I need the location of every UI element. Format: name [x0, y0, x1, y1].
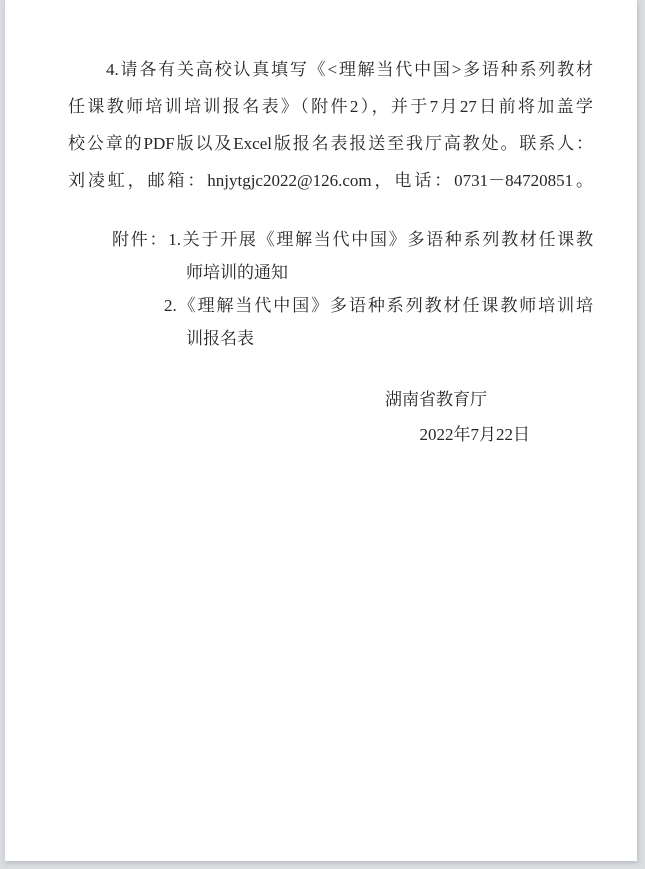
attachment-item-2-title-line-1: 《理解当代中国》多语种系列教材任课教师培训培 [177, 296, 593, 315]
attachment-item-2-title-line-2: 训报名表 [68, 322, 593, 355]
paragraph-line-1: 4.请各有关高校认真填写《<理解当代中国>多语种系列教材 [68, 51, 593, 88]
attachment-item-1-row-1: 附件：1.关于开展《理解当代中国》多语种系列教材任课教 [68, 223, 593, 256]
paragraph-line-4: 刘凌虹，邮箱：hnjytgjc2022@126.com，电话：0731－8472… [68, 162, 593, 199]
attachment-item-2-row-1: 2.《理解当代中国》多语种系列教材任课教师培训培 [68, 289, 593, 322]
attachment-item-1-title-line-2: 师培训的通知 [68, 256, 593, 289]
attachment-item-1-number: 1. [168, 230, 181, 249]
signature-date: 2022年7月22日 [68, 417, 593, 452]
document-page: 4.请各有关高校认真填写《<理解当代中国>多语种系列教材 任课教师培训培训报名表… [4, 0, 637, 861]
issuer-name: 湖南省教育厅 [68, 382, 593, 417]
attachments-section: 附件：1.关于开展《理解当代中国》多语种系列教材任课教 师培训的通知 2.《理解… [68, 223, 593, 355]
paragraph-line-3: 校公章的PDF版以及Excel版报名表报送至我厅高教处。联系人： [68, 125, 593, 162]
signature-block: 湖南省教育厅 2022年7月22日 [68, 382, 593, 452]
attachment-item-1-title-line-1: 关于开展《理解当代中国》多语种系列教材任课教 [181, 230, 593, 249]
body-paragraph: 4.请各有关高校认真填写《<理解当代中国>多语种系列教材 任课教师培训培训报名表… [68, 51, 593, 199]
attachments-label: 附件： [112, 230, 168, 249]
paragraph-line-2: 任课教师培训培训报名表》（附件2），并于7月27日前将加盖学 [68, 88, 593, 125]
attachment-item-2-number: 2. [164, 296, 177, 315]
